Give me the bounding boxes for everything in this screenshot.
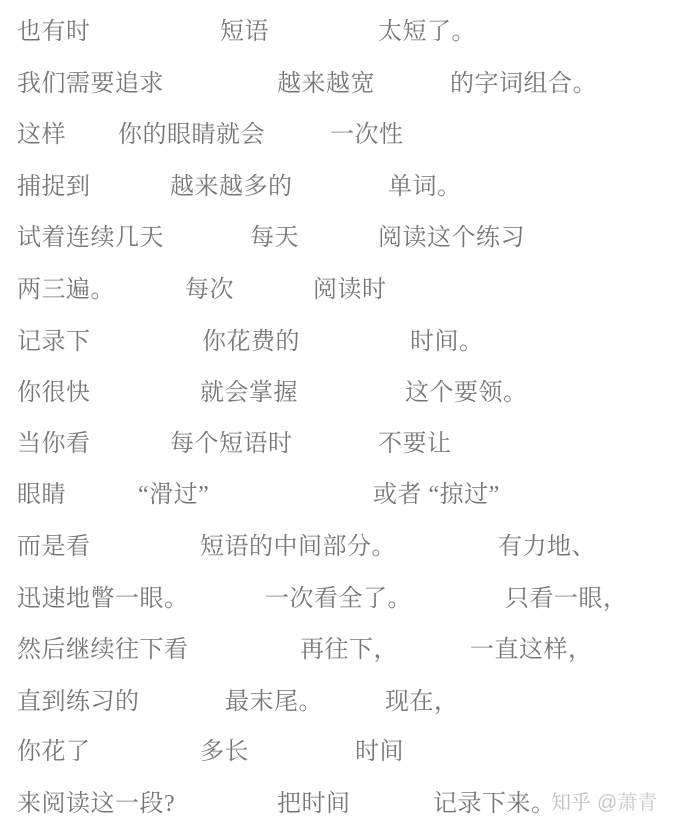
text-line: 你花了多长时间 (0, 738, 679, 770)
phrase: 直到练习的 (17, 688, 140, 716)
phrase: 也有时 (17, 18, 91, 46)
phrase: 越来越宽 (277, 70, 375, 98)
phrase: 单词。 (388, 173, 462, 201)
phrase: 有力地、 (498, 533, 596, 561)
phrase: 阅读这个练习 (378, 224, 525, 252)
text-line: 我们需要追求越来越宽的字词组合。 (0, 70, 679, 102)
phrase: 越来越多的 (170, 173, 293, 201)
text-line: 当你看每个短语时不要让 (0, 430, 679, 462)
watermark-author: @萧青 (597, 792, 657, 814)
phrase: 来阅读这一段? (17, 790, 175, 818)
phrase: 或者 “掠过” (373, 481, 500, 509)
phrase: 最末尾。 (225, 688, 323, 716)
phrase: 记录下来。 (433, 790, 556, 818)
text-line: 迅速地瞥一眼。一次看全了。只看一眼， (0, 585, 679, 617)
phrase: 一次看全了。 (265, 585, 412, 613)
phrase: 现在， (385, 688, 459, 716)
phrase: 然后继续往下看 (17, 636, 189, 664)
watermark-brand: 知乎 (551, 792, 591, 814)
phrase: 你花了 (17, 738, 91, 766)
phrase: 时间 (355, 738, 404, 766)
phrase: 就会掌握 (200, 379, 298, 407)
phrase: 这样 (17, 121, 66, 149)
text-line: 然后继续往下看再往下，一直这样， (0, 636, 679, 668)
text-line: 你很快就会掌握这个要领。 (0, 379, 679, 411)
phrase: 你的眼睛就会 (118, 121, 265, 149)
text-line: 直到练习的最末尾。现在， (0, 688, 679, 720)
phrase: 你很快 (17, 379, 91, 407)
phrase: 短语的中间部分。 (200, 533, 396, 561)
phrase: 阅读时 (313, 276, 387, 304)
text-line: 记录下你花费的时间。 (0, 328, 679, 360)
phrase: 不要让 (378, 430, 452, 458)
phrase: “滑过” (138, 481, 209, 509)
phrase: 当你看 (17, 430, 91, 458)
phrase: 眼睛 (17, 481, 66, 509)
phrase: 两三遍。 (17, 276, 115, 304)
phrase: 再往下， (300, 636, 398, 664)
phrase: 太短了。 (378, 18, 476, 46)
text-line: 捕捉到越来越多的单词。 (0, 173, 679, 205)
phrase: 我们需要追求 (17, 70, 164, 98)
text-line: 试着连续几天每天阅读这个练习 (0, 224, 679, 256)
text-line: 两三遍。每次阅读时 (0, 276, 679, 308)
phrase: 捕捉到 (17, 173, 91, 201)
phrase: 每个短语时 (170, 430, 293, 458)
phrase: 迅速地瞥一眼。 (17, 585, 189, 613)
text-line: 而是看短语的中间部分。有力地、 (0, 533, 679, 565)
phrase: 这个要领。 (405, 379, 528, 407)
phrase: 短语 (220, 18, 269, 46)
phrase: 时间。 (410, 328, 484, 356)
phrase: 记录下 (17, 328, 91, 356)
phrase: 多长 (200, 738, 249, 766)
phrase: 把时间 (277, 790, 351, 818)
phrase: 只看一眼， (505, 585, 628, 613)
phrase: 试着连续几天 (17, 224, 164, 252)
phrase: 的字词组合。 (450, 70, 597, 98)
page: 也有时短语太短了。我们需要追求越来越宽的字词组合。这样你的眼睛就会一次性捕捉到越… (0, 0, 679, 828)
text-line: 也有时短语太短了。 (0, 18, 679, 50)
phrase: 一次性 (330, 121, 404, 149)
watermark: 知乎@萧青 (551, 791, 657, 815)
phrase: 你花费的 (202, 328, 300, 356)
text-line: 这样你的眼睛就会一次性 (0, 121, 679, 153)
phrase: 每天 (250, 224, 299, 252)
phrase: 一直这样， (470, 636, 593, 664)
phrase: 而是看 (17, 533, 91, 561)
text-line: 眼睛“滑过”或者 “掠过” (0, 481, 679, 513)
phrase: 每次 (185, 276, 234, 304)
